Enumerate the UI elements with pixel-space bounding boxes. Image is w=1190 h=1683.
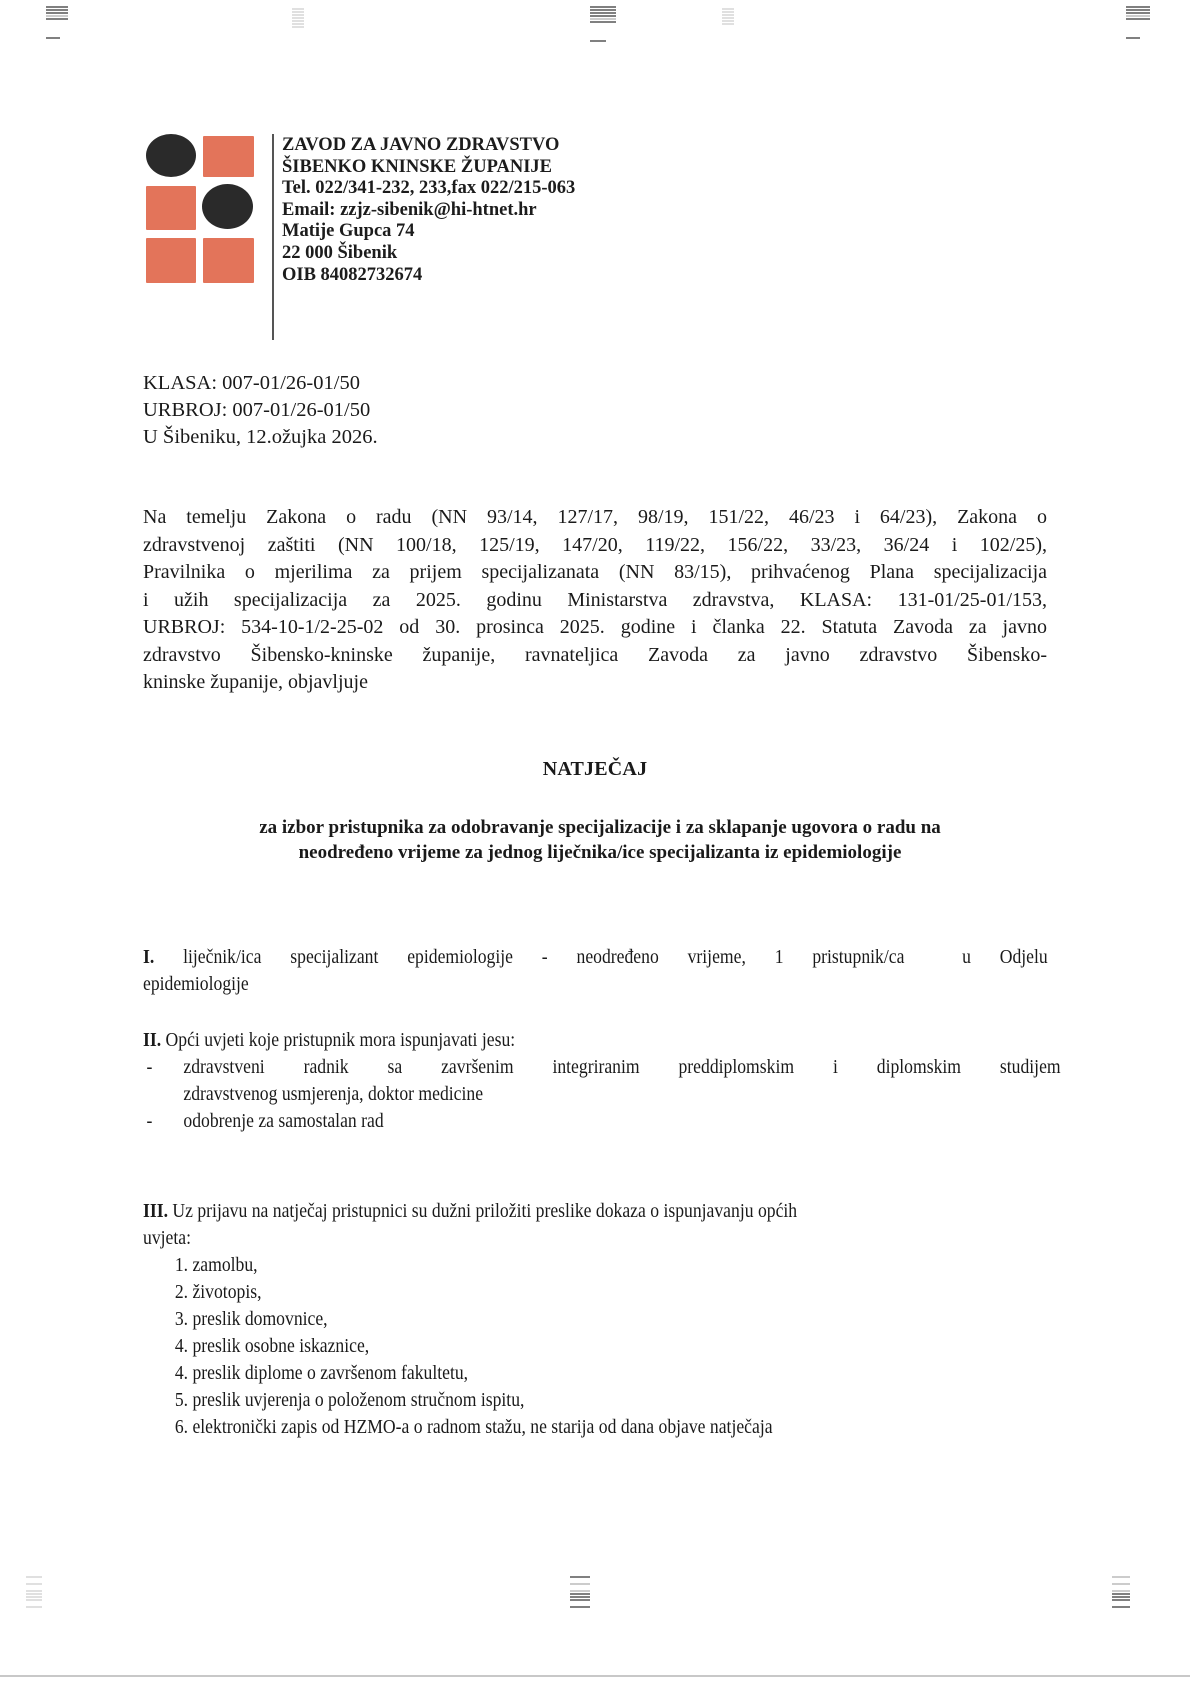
section-numeral: II.	[143, 1029, 161, 1051]
section-3-heading: Uz prijavu na natječaj pristupnici su du…	[168, 1200, 797, 1222]
list-item: 2. životopis,	[175, 1279, 1190, 1306]
document-references: KLASA: 007-01/26-01/50 URBROJ: 007-01/26…	[143, 370, 378, 451]
section-1-text: liječnik/ica specijalizant epidemiologij…	[154, 946, 1047, 968]
letterhead-divider	[272, 134, 274, 340]
place-and-date: U Šibeniku, 12.ožujka 2026.	[143, 424, 378, 451]
logo-square-icon	[146, 238, 196, 283]
list-item: 4. preslik diplome o završenom fakultetu…	[175, 1360, 1190, 1387]
condition-text: odobrenje za samostalan rad	[183, 1110, 383, 1132]
institution-email: Email: zzjz-sibenik@hi-htnet.hr	[282, 200, 575, 222]
institution-oib: OIB 84082732674	[282, 265, 575, 287]
section-numeral: III.	[143, 1200, 168, 1222]
paragraph-line: Na temelju Zakona o radu (NN 93/14, 127/…	[143, 504, 1047, 532]
scan-artifact-top-right	[1126, 6, 1150, 40]
dash-bullet-icon: -	[146, 1108, 152, 1135]
list-item: 5. preslik uvjerenja o položenom stručno…	[175, 1387, 1190, 1414]
list-item: 6. elektronički zapis od HZMO-a o radnom…	[175, 1414, 1190, 1441]
condition-text-cont: zdravstvenog usmjerenja, doktor medicine	[183, 1081, 1190, 1108]
required-documents-list: 1. zamolbu, 2. životopis, 3. preslik dom…	[143, 1252, 1190, 1441]
scan-artifact-bottom-right	[1112, 1576, 1130, 1609]
section-2-heading: Opći uvjeti koje pristupnik mora ispunja…	[161, 1029, 515, 1051]
subtitle-line: neodređeno vrijeme za jednog liječnika/i…	[130, 840, 1070, 865]
subtitle-line: za izbor pristupnika za odobravanje spec…	[130, 815, 1070, 840]
section-numeral: I.	[143, 946, 154, 968]
condition-item: - odobrenje za samostalan rad	[143, 1108, 1190, 1135]
scan-artifact-bottom-center	[570, 1576, 590, 1609]
logo-square-icon	[203, 238, 254, 283]
list-item: 1. zamolbu,	[175, 1252, 1190, 1279]
list-item: 4. preslik osobne iskaznice,	[175, 1333, 1190, 1360]
condition-item: - zdravstveni radnik sa završenim integr…	[143, 1054, 1190, 1108]
institution-name: ZAVOD ZA JAVNO ZDRAVSTVO	[282, 135, 575, 157]
document-subtitle: za izbor pristupnika za odobravanje spec…	[130, 815, 1070, 865]
institution-logo	[146, 134, 256, 284]
paragraph-line: zdravstvo Šibensko-kninske županije, rav…	[143, 642, 1047, 670]
logo-square-icon	[146, 186, 196, 230]
scan-artifact-top-2	[292, 8, 304, 29]
logo-square-icon	[203, 136, 254, 177]
paragraph-line: Pravilnika o mjerilima za prijem specija…	[143, 559, 1047, 587]
section-3-heading-cont: uvjeta:	[143, 1225, 1190, 1252]
letterhead: ZAVOD ZA JAVNO ZDRAVSTVO ŠIBENKO KNINSKE…	[282, 135, 575, 286]
condition-text: zdravstveni radnik sa završenim integrir…	[183, 1054, 1060, 1081]
klasa-reference: KLASA: 007-01/26-01/50	[143, 370, 378, 397]
section-1-text-cont: epidemiologije	[143, 971, 1190, 998]
intro-paragraph: Na temelju Zakona o radu (NN 93/14, 127/…	[143, 504, 1047, 697]
scan-artifact-bottom-left	[26, 1576, 42, 1609]
paragraph-line: URBROJ: 534-10-1/2-25-02 od 30. prosinca…	[143, 614, 1047, 642]
section-2-general-conditions: II. Opći uvjeti koje pristupnik mora isp…	[143, 1027, 1190, 1135]
paragraph-line: zdravstvenoj zaštiti (NN 100/18, 125/19,…	[143, 532, 1047, 560]
logo-circle-icon	[146, 134, 196, 177]
section-3-required-documents: III. Uz prijavu na natječaj pristupnici …	[143, 1198, 1190, 1441]
section-1-position: I. liječnik/ica specijalizant epidemiolo…	[143, 944, 1190, 998]
institution-street: Matije Gupca 74	[282, 221, 575, 243]
scan-artifact-top-left	[46, 6, 68, 40]
institution-county: ŠIBENKO KNINSKE ŽUPANIJE	[282, 157, 575, 179]
paragraph-line: kninske županije, objavljuje	[143, 669, 1047, 697]
paragraph-line: i užih specijalizacija za 2025. godinu M…	[143, 587, 1047, 615]
scan-artifact-top-center	[590, 6, 616, 43]
document-title: NATJEČAJ	[0, 758, 1190, 781]
institution-city: 22 000 Šibenik	[282, 243, 575, 265]
dash-bullet-icon: -	[146, 1054, 152, 1081]
institution-phone: Tel. 022/341-232, 233,fax 022/215-063	[282, 178, 575, 200]
list-item: 3. preslik domovnice,	[175, 1306, 1190, 1333]
scan-page-edge	[0, 1675, 1190, 1677]
urbroj-reference: URBROJ: 007-01/26-01/50	[143, 397, 378, 424]
logo-circle-icon	[202, 184, 253, 229]
scan-artifact-top-4	[722, 8, 734, 26]
